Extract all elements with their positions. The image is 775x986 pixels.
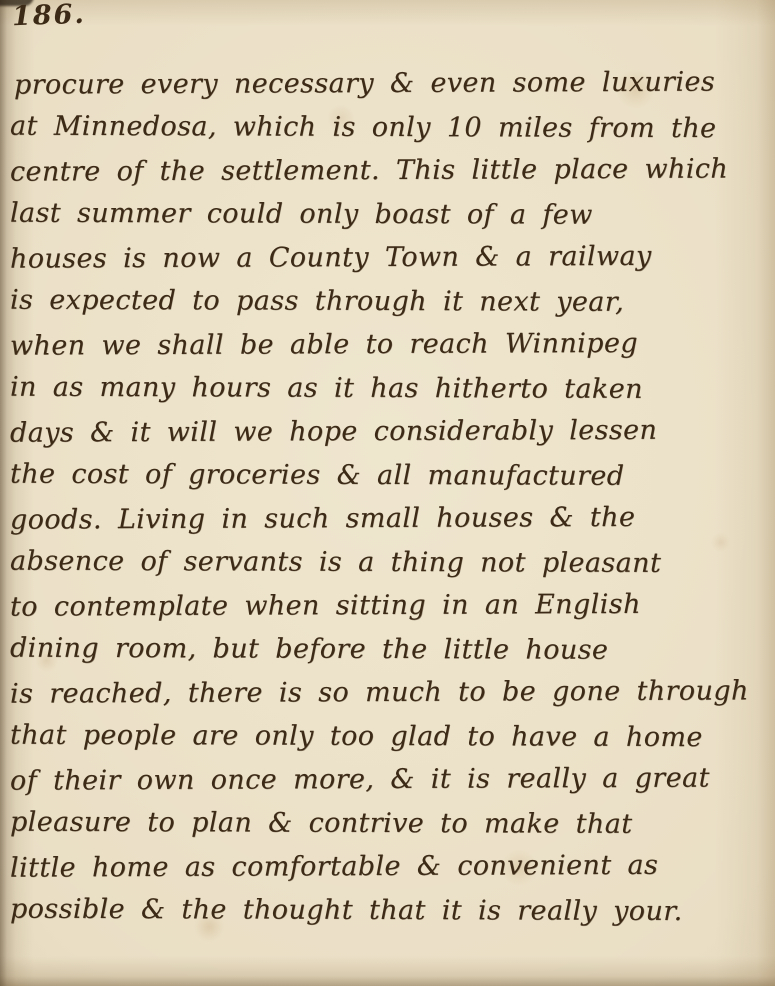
manuscript-photo: 186. procure every necessary & even some… [0, 0, 775, 986]
manuscript-line: goods. Living in such small houses & the [10, 495, 769, 542]
manuscript-line: last summer could only boast of a few [10, 191, 769, 237]
manuscript-line: little home as comfortable & convenient … [10, 843, 769, 890]
manuscript-text: procure every necessary & even some luxu… [10, 62, 769, 932]
manuscript-line: of their own once more, & it is really a… [10, 756, 769, 803]
manuscript-line: possible & the thought that it is really… [10, 887, 769, 933]
manuscript-line: dining room, but before the little house [10, 626, 769, 672]
manuscript-line: is expected to pass through it next year… [10, 278, 769, 324]
manuscript-line: pleasure to plan & contrive to make that [10, 800, 769, 846]
manuscript-line: days & it will we hope considerably less… [10, 408, 769, 455]
manuscript-line: is reached, there is so much to be gone … [10, 669, 769, 716]
manuscript-line: to contemplate when sitting in an Englis… [10, 582, 769, 629]
manuscript-line: the cost of groceries & all manufactured [10, 452, 769, 498]
manuscript-page: 186. procure every necessary & even some… [0, 0, 775, 986]
page-number: 186. [11, 0, 86, 32]
manuscript-line: in as many hours as it has hitherto take… [10, 365, 769, 411]
manuscript-line: houses is now a County Town & a railway [10, 234, 769, 281]
manuscript-line: procure every necessary & even some luxu… [10, 60, 769, 107]
manuscript-line: centre of the settlement. This little pl… [10, 147, 769, 194]
manuscript-line: at Minnedosa, which is only 10 miles fro… [10, 104, 769, 150]
manuscript-line: that people are only too glad to have a … [10, 713, 769, 759]
manuscript-line: when we shall be able to reach Winnipeg [10, 321, 769, 368]
manuscript-line: absence of servants is a thing not pleas… [10, 539, 769, 585]
